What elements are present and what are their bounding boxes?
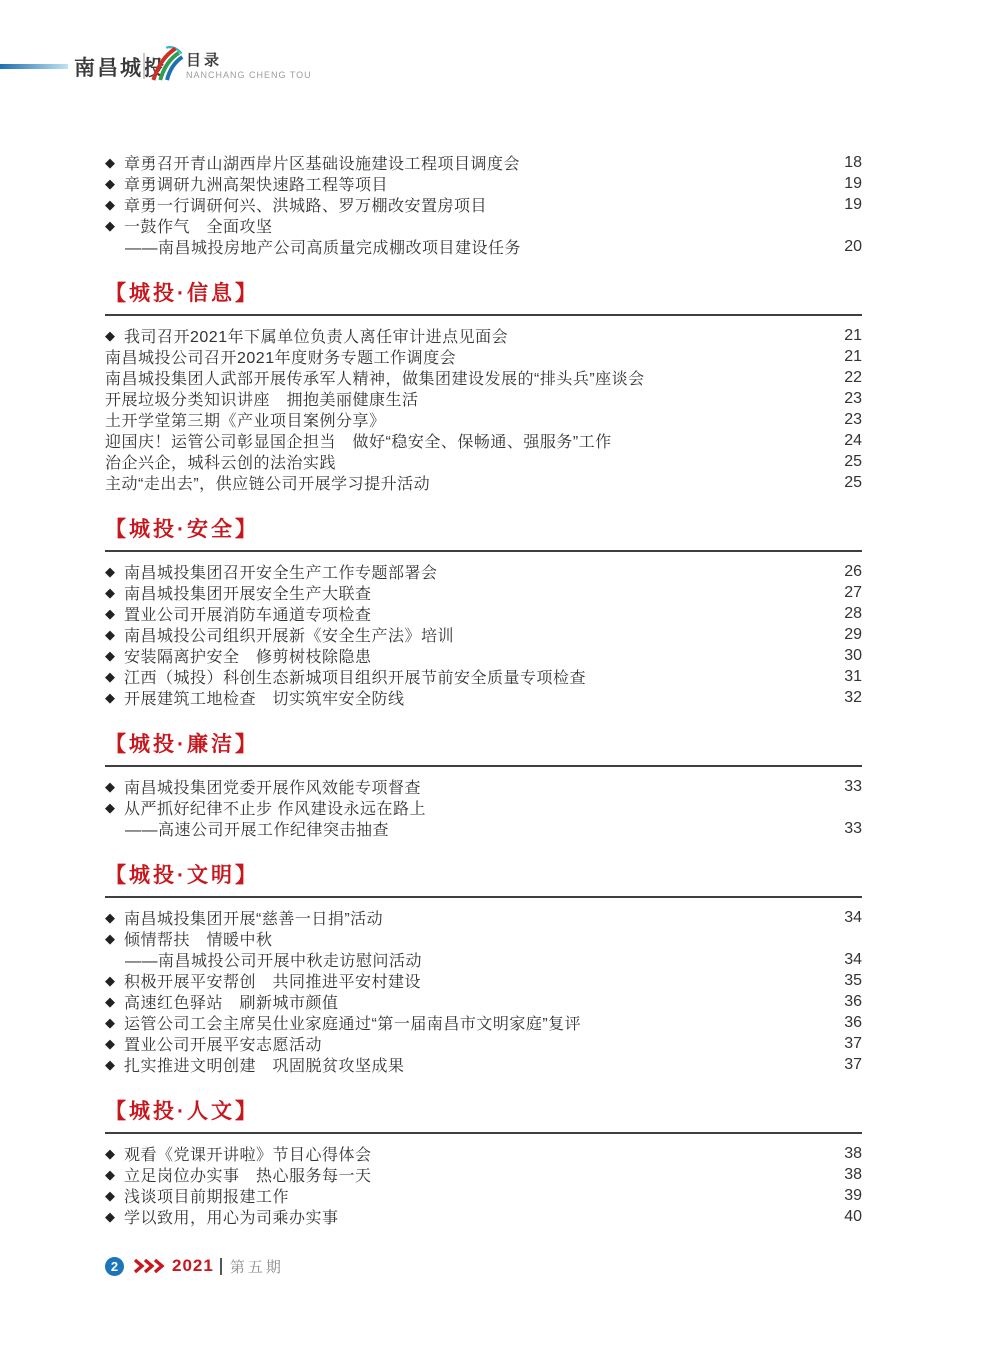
- diamond-bullet-icon: ◆: [105, 627, 124, 643]
- entry-title: 迎国庆！运管公司彰显国企担当 做好“稳安全、保畅通、强服务”工作: [105, 429, 828, 452]
- toc-entry[interactable]: ◆运管公司工会主席吴仕业家庭通过“第一届南昌市文明家庭”复评36: [105, 1012, 862, 1033]
- entry-title: ——高速公司开展工作纪律突击抽查: [125, 817, 828, 840]
- entry-title: 南昌城投集团开展安全生产大联查: [124, 581, 828, 604]
- toc-entry[interactable]: ——南昌城投房地产公司高质量完成棚改项目建设任务20: [105, 236, 862, 257]
- toc-entry[interactable]: ◆南昌城投集团党委开展作风效能专项督查33: [105, 776, 862, 797]
- entry-page-number: 34: [828, 951, 862, 969]
- entry-title: 南昌城投集团召开安全生产工作专题部署会: [124, 560, 828, 583]
- entry-page-number: 37: [828, 1056, 862, 1074]
- diamond-bullet-icon: ◆: [105, 1015, 124, 1031]
- entry-page-number: 21: [828, 327, 862, 345]
- entry-page-number: 21: [828, 348, 862, 366]
- entry-page-number: 20: [828, 238, 862, 256]
- entry-title: 开展建筑工地检查 切实筑牢安全防线: [124, 686, 828, 709]
- toc-entry[interactable]: ◆高速红色驿站 刷新城市颜值36: [105, 991, 862, 1012]
- entry-title: 开展垃圾分类知识讲座 拥抱美丽健康生活: [105, 387, 828, 410]
- diamond-bullet-icon: ◆: [105, 1188, 124, 1204]
- entry-page-number: 38: [828, 1145, 862, 1163]
- diamond-bullet-icon: ◆: [105, 690, 124, 706]
- diamond-bullet-icon: ◆: [105, 931, 124, 947]
- entry-title: 江西（城投）科创生态新城项目组织开展节前安全质量专项检查: [124, 665, 828, 688]
- toc-entry[interactable]: ◆南昌城投集团开展“慈善一日捐”活动34: [105, 907, 862, 928]
- diamond-bullet-icon: ◆: [105, 800, 124, 816]
- toc-entry[interactable]: ◆置业公司开展消防车通道专项检查28: [105, 603, 862, 624]
- entry-page-number: 30: [828, 647, 862, 665]
- diamond-bullet-icon: ◆: [105, 176, 124, 192]
- entry-title: 章勇一行调研何兴、洪城路、罗万棚改安置房项目: [124, 193, 828, 216]
- entry-page-number: 25: [828, 474, 862, 492]
- page-header: 南昌城投 目录 NANCHANG CHENG TOU: [0, 0, 1000, 110]
- diamond-bullet-icon: ◆: [105, 585, 124, 601]
- section-title: 【城投·安全】: [105, 517, 862, 543]
- entry-title: ——南昌城投房地产公司高质量完成棚改项目建设任务: [125, 235, 828, 258]
- section-title: 【城投·文明】: [105, 863, 862, 889]
- entry-page-number: 23: [828, 390, 862, 408]
- section-rule: [105, 550, 862, 552]
- section-rule: [105, 896, 862, 898]
- entry-page-number: 40: [828, 1208, 862, 1226]
- entry-title: 章勇调研九洲高架快速路工程等项目: [124, 172, 828, 195]
- entry-title: 南昌城投公司组织开展新《安全生产法》培训: [124, 623, 828, 646]
- toc-entry[interactable]: 土开学堂第三期《产业项目案例分享》23: [105, 409, 862, 430]
- entry-title: 一鼓作气 全面攻坚: [124, 214, 828, 237]
- entry-page-number: 34: [828, 909, 862, 927]
- entry-title: 土开学堂第三期《产业项目案例分享》: [105, 408, 828, 431]
- toc-entry[interactable]: ◆一鼓作气 全面攻坚: [105, 215, 862, 236]
- toc-entry[interactable]: ◆章勇调研九洲高架快速路工程等项目19: [105, 173, 862, 194]
- brand-logo-icon: [150, 44, 184, 87]
- toc-entry[interactable]: ◆扎实推进文明创建 巩固脱贫攻坚成果37: [105, 1054, 862, 1075]
- diamond-bullet-icon: ◆: [105, 218, 124, 234]
- entry-title: 扎实推进文明创建 巩固脱贫攻坚成果: [124, 1053, 828, 1076]
- entry-title: 置业公司开展平安志愿活动: [124, 1032, 828, 1055]
- entry-title: 浅谈项目前期报建工作: [124, 1184, 828, 1207]
- toc-entry[interactable]: ◆章勇召开青山湖西岸片区基础设施建设工程项目调度会18: [105, 152, 862, 173]
- diamond-bullet-icon: ◆: [105, 155, 124, 171]
- diamond-bullet-icon: ◆: [105, 1057, 124, 1073]
- toc-content: ◆章勇召开青山湖西岸片区基础设施建设工程项目调度会18◆章勇调研九洲高架快速路工…: [105, 143, 862, 1227]
- diamond-bullet-icon: ◆: [105, 197, 124, 213]
- entry-title: 主动“走出去”，供应链公司开展学习提升活动: [105, 471, 828, 494]
- entry-title: 南昌城投集团人武部开展传承军人精神，做集团建设发展的“排头兵”座谈会: [105, 366, 828, 389]
- section-entry-list: ◆章勇召开青山湖西岸片区基础设施建设工程项目调度会18◆章勇调研九洲高架快速路工…: [105, 152, 862, 257]
- toc-entry[interactable]: ◆积极开展平安帮创 共同推进平安村建设35: [105, 970, 862, 991]
- entry-title: ——南昌城投公司开展中秋走访慰问活动: [125, 948, 828, 971]
- entry-page-number: 35: [828, 972, 862, 990]
- entry-title: 积极开展平安帮创 共同推进平安村建设: [124, 969, 828, 992]
- toc-entry[interactable]: ◆章勇一行调研何兴、洪城路、罗万棚改安置房项目19: [105, 194, 862, 215]
- entry-title: 南昌城投集团开展“慈善一日捐”活动: [124, 906, 828, 929]
- entry-title: 置业公司开展消防车通道专项检查: [124, 602, 828, 625]
- entry-page-number: 32: [828, 689, 862, 707]
- entry-title: 章勇召开青山湖西岸片区基础设施建设工程项目调度会: [124, 151, 828, 174]
- entry-page-number: 33: [828, 778, 862, 796]
- toc-entry[interactable]: ◆我司召开2021年下属单位负责人离任审计进点见面会21: [105, 325, 862, 346]
- section-entry-list: ◆南昌城投集团党委开展作风效能专项督查33◆从严抓好纪律不止步 作风建设永远在路…: [105, 776, 862, 839]
- section-title: 【城投·人文】: [105, 1099, 862, 1125]
- section-title: 【城投·信息】: [105, 281, 862, 307]
- entry-title: 学以致用，用心为司乘办实事: [124, 1205, 828, 1228]
- entry-page-number: 33: [828, 820, 862, 838]
- issue-year: 2021: [172, 1256, 214, 1276]
- toc-entry[interactable]: ◆南昌城投集团召开安全生产工作专题部署会26: [105, 561, 862, 582]
- diamond-bullet-icon: ◆: [105, 973, 124, 989]
- section-entry-list: ◆南昌城投集团开展“慈善一日捐”活动34◆倾情帮扶 情暖中秋——南昌城投公司开展…: [105, 907, 862, 1075]
- toc-entry[interactable]: 开展垃圾分类知识讲座 拥抱美丽健康生活23: [105, 388, 862, 409]
- entry-page-number: 37: [828, 1035, 862, 1053]
- entry-title: 安装隔离护安全 修剪树枝除隐患: [124, 644, 828, 667]
- toc-entry[interactable]: ◆从严抓好纪律不止步 作风建设永远在路上: [105, 797, 862, 818]
- entry-page-number: 27: [828, 584, 862, 602]
- section-rule: [105, 1132, 862, 1134]
- toc-entry[interactable]: ——南昌城投公司开展中秋走访慰问活动34: [105, 949, 862, 970]
- toc-entry[interactable]: ◆学以致用，用心为司乘办实事40: [105, 1206, 862, 1227]
- toc-entry[interactable]: ◆浅谈项目前期报建工作39: [105, 1185, 862, 1206]
- chevron-right-icons: [132, 1258, 168, 1274]
- toc-entry[interactable]: ◆置业公司开展平安志愿活动37: [105, 1033, 862, 1054]
- header-accent-line: [0, 64, 68, 69]
- entry-page-number: 24: [828, 432, 862, 450]
- entry-page-number: 28: [828, 605, 862, 623]
- entry-title: 我司召开2021年下属单位负责人离任审计进点见面会: [124, 324, 828, 347]
- diamond-bullet-icon: ◆: [105, 669, 124, 685]
- entry-page-number: 18: [828, 154, 862, 172]
- entry-page-number: 31: [828, 668, 862, 686]
- toc-entry[interactable]: 南昌城投集团人武部开展传承军人精神，做集团建设发展的“排头兵”座谈会22: [105, 367, 862, 388]
- entry-page-number: 29: [828, 626, 862, 644]
- diamond-bullet-icon: ◆: [105, 910, 124, 926]
- diamond-bullet-icon: ◆: [105, 648, 124, 664]
- toc-entry[interactable]: 治企兴企，城科云创的法治实践25: [105, 451, 862, 472]
- entry-page-number: 26: [828, 563, 862, 581]
- entry-page-number: 19: [828, 175, 862, 193]
- toc-entry[interactable]: ◆江西（城投）科创生态新城项目组织开展节前安全质量专项检查31: [105, 666, 862, 687]
- entry-title: 南昌城投公司召开2021年度财务专题工作调度会: [105, 345, 828, 368]
- entry-title: 高速红色驿站 刷新城市颜值: [124, 990, 828, 1013]
- toc-entry[interactable]: ◆立足岗位办实事 热心服务每一天38: [105, 1164, 862, 1185]
- diamond-bullet-icon: ◆: [105, 1209, 124, 1225]
- diamond-bullet-icon: ◆: [105, 564, 124, 580]
- entry-page-number: 36: [828, 993, 862, 1011]
- toc-entry[interactable]: ◆观看《党课开讲啦》节目心得体会38: [105, 1143, 862, 1164]
- entry-title: 运管公司工会主席吴仕业家庭通过“第一届南昌市文明家庭”复评: [124, 1011, 828, 1034]
- entry-title: 治企兴企，城科云创的法治实践: [105, 450, 828, 473]
- entry-page-number: 25: [828, 453, 862, 471]
- diamond-bullet-icon: ◆: [105, 606, 124, 622]
- section-title: 【城投·廉洁】: [105, 732, 862, 758]
- diamond-bullet-icon: ◆: [105, 1036, 124, 1052]
- section-rule: [105, 314, 862, 316]
- section-entry-list: ◆南昌城投集团召开安全生产工作专题部署会26◆南昌城投集团开展安全生产大联查27…: [105, 561, 862, 708]
- toc-entry[interactable]: ——高速公司开展工作纪律突击抽查33: [105, 818, 862, 839]
- section-entry-list: ◆我司召开2021年下属单位负责人离任审计进点见面会21南昌城投公司召开2021…: [105, 325, 862, 493]
- entry-page-number: 38: [828, 1166, 862, 1184]
- toc-entry[interactable]: ◆安装隔离护安全 修剪树枝除隐患30: [105, 645, 862, 666]
- toc-entry[interactable]: ◆开展建筑工地检查 切实筑牢安全防线32: [105, 687, 862, 708]
- diamond-bullet-icon: ◆: [105, 1146, 124, 1162]
- diamond-bullet-icon: ◆: [105, 994, 124, 1010]
- toc-entry[interactable]: 主动“走出去”，供应链公司开展学习提升活动25: [105, 472, 862, 493]
- toc-entry[interactable]: ◆倾情帮扶 情暖中秋: [105, 928, 862, 949]
- entry-title: 从严抓好纪律不止步 作风建设永远在路上: [124, 796, 828, 819]
- toc-entry[interactable]: ◆南昌城投公司组织开展新《安全生产法》培训29: [105, 624, 862, 645]
- toc-entry[interactable]: 迎国庆！运管公司彰显国企担当 做好“稳安全、保畅通、强服务”工作24: [105, 430, 862, 451]
- section-entry-list: ◆观看《党课开讲啦》节目心得体会38◆立足岗位办实事 热心服务每一天38◆浅谈项…: [105, 1143, 862, 1227]
- entry-page-number: 36: [828, 1014, 862, 1032]
- issue-label: 第五期: [230, 1256, 284, 1277]
- entry-page-number: 39: [828, 1187, 862, 1205]
- footer-divider: [220, 1258, 222, 1275]
- entry-page-number: 22: [828, 369, 862, 387]
- page-number-badge: 2: [105, 1257, 124, 1276]
- page-title: 目录: [186, 49, 222, 70]
- header-divider: [143, 53, 145, 79]
- diamond-bullet-icon: ◆: [105, 1167, 124, 1183]
- entry-page-number: 23: [828, 411, 862, 429]
- diamond-bullet-icon: ◆: [105, 779, 124, 795]
- page-subtitle: NANCHANG CHENG TOU: [186, 70, 312, 80]
- entry-title: 观看《党课开讲啦》节目心得体会: [124, 1142, 828, 1165]
- page-footer: 2 2021 第五期: [105, 1256, 284, 1276]
- toc-entry[interactable]: 南昌城投公司召开2021年度财务专题工作调度会21: [105, 346, 862, 367]
- entry-title: 南昌城投集团党委开展作风效能专项督查: [124, 775, 828, 798]
- diamond-bullet-icon: ◆: [105, 328, 124, 344]
- entry-title: 倾情帮扶 情暖中秋: [124, 927, 828, 950]
- section-rule: [105, 765, 862, 767]
- entry-title: 立足岗位办实事 热心服务每一天: [124, 1163, 828, 1186]
- toc-entry[interactable]: ◆南昌城投集团开展安全生产大联查27: [105, 582, 862, 603]
- entry-page-number: 19: [828, 196, 862, 214]
